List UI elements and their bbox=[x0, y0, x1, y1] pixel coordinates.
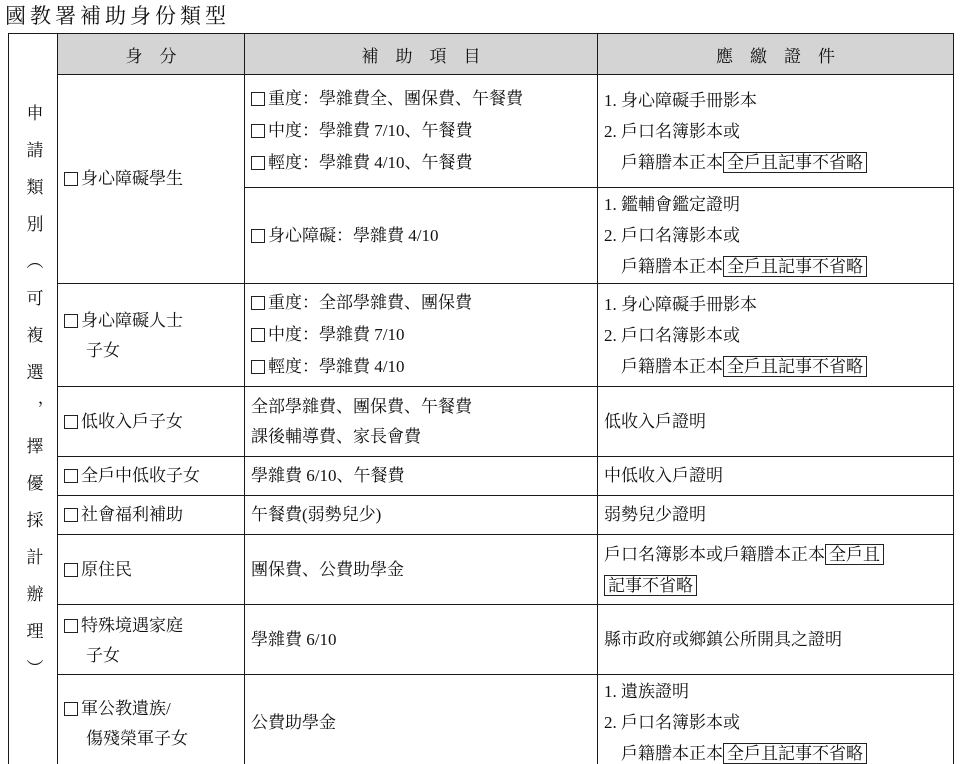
document-line: 記事不省略 bbox=[604, 570, 947, 601]
checkbox-mid-low-income-child[interactable] bbox=[64, 469, 78, 483]
document-line: 戶籍謄本正本全戶且記事不省略 bbox=[604, 251, 947, 282]
document-line: 1. 身心障礙手冊影本 bbox=[604, 289, 947, 320]
page-title: 國教署補助身份類型 bbox=[5, 3, 962, 29]
subsidy-cell: 學雜費 6/10 bbox=[245, 605, 598, 675]
table-row: 特殊境遇家庭 子女 學雜費 6/10 縣市政府或鄉鎮公所開具之證明 bbox=[9, 605, 954, 675]
boxed-note: 全戶且記事不省略 bbox=[723, 256, 867, 277]
apply-category-vertical-label: 申請類別（可複選，擇優採計辦理） bbox=[25, 104, 42, 696]
identity-label: 軍公教遺族/ bbox=[81, 699, 171, 718]
boxed-note: 全戶且記事不省略 bbox=[723, 356, 867, 377]
identity-cell: 身心障礙人士 子女 bbox=[58, 284, 245, 387]
documents-cell: 戶口名簿影本或戶籍謄本正本全戶且 記事不省略 bbox=[598, 535, 954, 605]
document-line: 1. 鑑輔會鑑定證明 bbox=[604, 189, 947, 220]
checkbox-social-welfare[interactable] bbox=[64, 508, 78, 522]
checkbox-severe[interactable] bbox=[251, 92, 265, 106]
document-text: 戶籍謄本正本 bbox=[621, 153, 723, 172]
col-header-identity: 身 分 bbox=[58, 34, 245, 75]
table-row: 低收入戶子女 全部學雜費、團保費、午餐費 課後輔導費、家長會費 低收入戶證明 bbox=[9, 387, 954, 457]
document-line: 戶籍謄本正本全戶且記事不省略 bbox=[604, 738, 947, 764]
checkbox-disability[interactable] bbox=[251, 229, 265, 243]
checkbox-disabled-person-child[interactable] bbox=[64, 314, 78, 328]
boxed-note: 全戶且 bbox=[825, 544, 884, 565]
subsidy-text: 學雜費 6/10、午餐費 bbox=[251, 461, 591, 491]
document-line: 2. 戶口名簿影本或 bbox=[604, 707, 947, 738]
table-row: 原住民 團保費、公費助學金 戶口名簿影本或戶籍謄本正本全戶且 記事不省略 bbox=[9, 535, 954, 605]
document-line: 戶籍謄本正本全戶且記事不省略 bbox=[604, 351, 947, 382]
document-text: 戶口名簿影本或戶籍謄本正本 bbox=[604, 545, 825, 564]
checkbox-mild[interactable] bbox=[251, 156, 265, 170]
subsidy-item-label: 身心障礙：學雜費 4/10 bbox=[268, 226, 438, 245]
table-row: 身心障礙學生 重度：學雜費全、團保費、午餐費 中度：學雜費 7/10、午餐費 輕… bbox=[9, 75, 954, 188]
subsidy-text: 團保費、公費助學金 bbox=[251, 555, 591, 585]
document-text: 戶籍謄本正本 bbox=[621, 257, 723, 276]
subsidy-text: 午餐費(弱勢兒少) bbox=[251, 500, 591, 530]
subsidy-item-label: 輕度：學雜費 4/10、午餐費 bbox=[268, 153, 472, 172]
table-row: 全戶中低收子女 學雜費 6/10、午餐費 中低收入戶證明 bbox=[9, 457, 954, 496]
subsidy-cell: 學雜費 6/10、午餐費 bbox=[245, 457, 598, 496]
subsidy-cell: 重度：學雜費全、團保費、午餐費 中度：學雜費 7/10、午餐費 輕度：學雜費 4… bbox=[245, 75, 598, 188]
apply-category-cell: 申請類別（可複選，擇優採計辦理） bbox=[9, 34, 58, 764]
boxed-note: 全戶且記事不省略 bbox=[723, 743, 867, 764]
table-row: 軍公教遺族/ 傷殘榮軍子女 公費助學金 1. 遺族證明 2. 戶口名簿影本或 戶… bbox=[9, 675, 954, 764]
table-row: 身心障礙人士 子女 重度：全部學雜費、團保費 中度：學雜費 7/10 輕度：學雜… bbox=[9, 284, 954, 387]
checkbox-moderate[interactable] bbox=[251, 328, 265, 342]
subsidy-item-label: 重度：全部學雜費、團保費 bbox=[268, 293, 472, 312]
subsidy-item-label: 重度：學雜費全、團保費、午餐費 bbox=[268, 89, 523, 108]
subsidy-item-label: 中度：學雜費 7/10 bbox=[268, 325, 404, 344]
identity-label-line2: 子女 bbox=[64, 642, 238, 670]
header-row: 申請類別（可複選，擇優採計辦理） 身 分 補 助 項 目 應 繳 證 件 bbox=[9, 34, 954, 75]
checkbox-mild[interactable] bbox=[251, 360, 265, 374]
identity-label: 全戶中低收子女 bbox=[81, 466, 200, 485]
identity-cell: 原住民 bbox=[58, 535, 245, 605]
document-text: 中低收入戶證明 bbox=[604, 461, 947, 491]
identity-label-line2: 傷殘榮軍子女 bbox=[64, 725, 238, 753]
checkbox-low-income-child[interactable] bbox=[64, 415, 78, 429]
subsidy-cell: 團保費、公費助學金 bbox=[245, 535, 598, 605]
checkbox-moderate[interactable] bbox=[251, 124, 265, 138]
documents-cell: 1. 鑑輔會鑑定證明 2. 戶口名簿影本或 戶籍謄本正本全戶且記事不省略 bbox=[598, 188, 954, 284]
boxed-note: 全戶且記事不省略 bbox=[723, 152, 867, 173]
document-text: 低收入戶證明 bbox=[604, 407, 947, 437]
document-line: 2. 戶口名簿影本或 bbox=[604, 320, 947, 351]
documents-cell: 弱勢兒少證明 bbox=[598, 496, 954, 535]
document-text: 縣市政府或鄉鎮公所開具之證明 bbox=[604, 625, 947, 655]
document-line: 1. 遺族證明 bbox=[604, 676, 947, 707]
subsidy-item-label: 中度：學雜費 7/10、午餐費 bbox=[268, 121, 472, 140]
identity-cell: 身心障礙學生 bbox=[58, 75, 245, 284]
identity-label: 原住民 bbox=[81, 560, 132, 579]
identity-cell: 全戶中低收子女 bbox=[58, 457, 245, 496]
document-text: 戶籍謄本正本 bbox=[621, 357, 723, 376]
col-header-subsidy: 補 助 項 目 bbox=[245, 34, 598, 75]
identity-label-line2: 子女 bbox=[64, 337, 238, 365]
document-line: 2. 戶口名簿影本或 bbox=[604, 220, 947, 251]
subsidy-text: 全部學雜費、團保費、午餐費 bbox=[251, 392, 591, 422]
identity-label: 社會福利補助 bbox=[81, 505, 183, 524]
documents-cell: 低收入戶證明 bbox=[598, 387, 954, 457]
checkbox-severe[interactable] bbox=[251, 296, 265, 310]
identity-cell: 低收入戶子女 bbox=[58, 387, 245, 457]
documents-cell: 1. 身心障礙手冊影本 2. 戶口名簿影本或 戶籍謄本正本全戶且記事不省略 bbox=[598, 284, 954, 387]
checkbox-military-bereaved[interactable] bbox=[64, 702, 78, 716]
checkbox-indigenous[interactable] bbox=[64, 563, 78, 577]
subsidy-text: 公費助學金 bbox=[251, 708, 591, 738]
identity-cell: 社會福利補助 bbox=[58, 496, 245, 535]
boxed-note: 記事不省略 bbox=[604, 575, 697, 596]
subsidy-cell: 身心障礙：學雜費 4/10 bbox=[245, 188, 598, 284]
subsidy-cell: 重度：全部學雜費、團保費 中度：學雜費 7/10 輕度：學雜費 4/10 bbox=[245, 284, 598, 387]
document-line: 戶口名簿影本或戶籍謄本正本全戶且 bbox=[604, 539, 947, 570]
document-text: 弱勢兒少證明 bbox=[604, 500, 947, 530]
identity-label: 低收入戶子女 bbox=[81, 412, 183, 431]
identity-cell: 特殊境遇家庭 子女 bbox=[58, 605, 245, 675]
identity-label: 特殊境遇家庭 bbox=[81, 616, 183, 635]
document-line: 1. 身心障礙手冊影本 bbox=[604, 85, 947, 116]
subsidy-text: 課後輔導費、家長會費 bbox=[251, 422, 591, 452]
document-line: 2. 戶口名簿影本或 bbox=[604, 116, 947, 147]
subsidy-cell: 公費助學金 bbox=[245, 675, 598, 764]
documents-cell: 中低收入戶證明 bbox=[598, 457, 954, 496]
documents-cell: 1. 身心障礙手冊影本 2. 戶口名簿影本或 戶籍謄本正本全戶且記事不省略 bbox=[598, 75, 954, 188]
documents-cell: 縣市政府或鄉鎮公所開具之證明 bbox=[598, 605, 954, 675]
document-text: 戶籍謄本正本 bbox=[621, 744, 723, 763]
identity-label: 身心障礙人士 bbox=[81, 311, 183, 330]
subsidy-cell: 全部學雜費、團保費、午餐費 課後輔導費、家長會費 bbox=[245, 387, 598, 457]
col-header-documents: 應 繳 證 件 bbox=[598, 34, 954, 75]
identity-label: 身心障礙學生 bbox=[81, 169, 183, 188]
subsidy-text: 學雜費 6/10 bbox=[251, 625, 591, 655]
documents-cell: 1. 遺族證明 2. 戶口名簿影本或 戶籍謄本正本全戶且記事不省略 bbox=[598, 675, 954, 764]
subsidy-table: 申請類別（可複選，擇優採計辦理） 身 分 補 助 項 目 應 繳 證 件 身心障… bbox=[8, 33, 954, 764]
subsidy-cell: 午餐費(弱勢兒少) bbox=[245, 496, 598, 535]
subsidy-item-label: 輕度：學雜費 4/10 bbox=[268, 357, 404, 376]
checkbox-disabled-student[interactable] bbox=[64, 172, 78, 186]
table-row: 社會福利補助 午餐費(弱勢兒少) 弱勢兒少證明 bbox=[9, 496, 954, 535]
document-line: 戶籍謄本正本全戶且記事不省略 bbox=[604, 147, 947, 178]
identity-cell: 軍公教遺族/ 傷殘榮軍子女 bbox=[58, 675, 245, 764]
checkbox-special-circumstance-family[interactable] bbox=[64, 619, 78, 633]
